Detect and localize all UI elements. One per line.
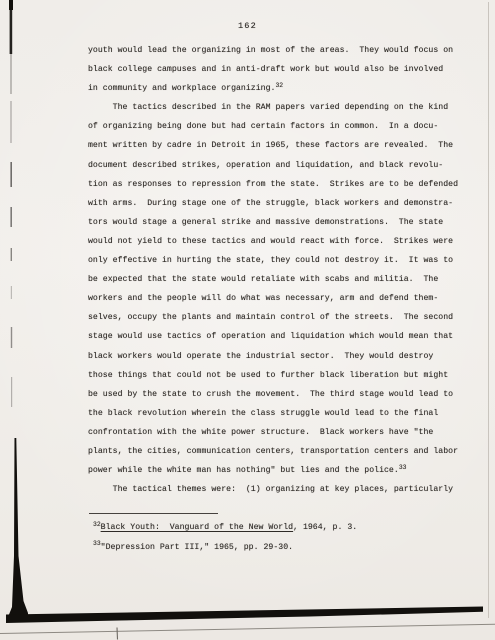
footnote-marker: 33 bbox=[399, 464, 407, 471]
text-line: plants, the cities, communication center… bbox=[88, 442, 483, 461]
text-line: tion as responses to repression from the… bbox=[88, 175, 483, 194]
text-line: document described strikes, operation an… bbox=[88, 156, 483, 175]
scan-artifact-left-streak bbox=[9, 0, 13, 407]
footnote-item: 33"Depression Part III," 1965, pp. 29-30… bbox=[93, 538, 473, 558]
text-line: the black revolution wherein the class s… bbox=[88, 404, 483, 423]
text-segment: confrontation with the white power struc… bbox=[88, 428, 433, 437]
text-segment: selves, occupy the plants and maintain c… bbox=[88, 313, 453, 322]
scan-artifact-bottom-bar bbox=[6, 607, 483, 624]
text-segment: tors would stage a general strike and ma… bbox=[88, 218, 443, 227]
text-line: of organizing being done but had certain… bbox=[88, 117, 483, 136]
footnote-separator bbox=[89, 513, 218, 514]
text-segment: the black revolution wherein the class s… bbox=[88, 409, 438, 418]
text-line: only effective in hurting the state, the… bbox=[88, 251, 483, 270]
text-segment: would not yield to these tactics and wou… bbox=[88, 237, 453, 246]
text-line: those things that could not be used to f… bbox=[88, 366, 483, 385]
text-segment: only effective in hurting the state, the… bbox=[88, 256, 453, 265]
text-segment: be used by the state to crush the moveme… bbox=[88, 390, 453, 399]
text-segment: plants, the cities, communication center… bbox=[88, 447, 458, 456]
text-segment: those things that could not be used to f… bbox=[88, 371, 448, 380]
text-line: power while the white man has nothing" b… bbox=[88, 461, 483, 480]
scan-artifact-bottom-line bbox=[0, 624, 495, 633]
footnote-marker: 32 bbox=[275, 82, 283, 89]
text-line: be expected that the state would retalia… bbox=[88, 270, 483, 289]
footnotes: 32Black Youth: Vanguard of the New World… bbox=[93, 518, 473, 557]
footnote-marker: 32 bbox=[93, 521, 101, 528]
text-segment: black college campuses and in anti-draft… bbox=[88, 65, 443, 74]
text-segment: of organizing being done but had certain… bbox=[88, 122, 438, 131]
text-line: stage would use tactics of operation and… bbox=[88, 327, 483, 346]
text-line: black workers would operate the industri… bbox=[88, 347, 483, 366]
text-segment: "Depression Part III," 1965, pp. 29-30. bbox=[101, 543, 293, 552]
text-line: The tactics described in the RAM papers … bbox=[88, 98, 483, 117]
text-segment: , 1964, p. 3. bbox=[293, 523, 357, 532]
text-segment: document described strikes, operation an… bbox=[88, 161, 443, 170]
text-segment: power while the white man has nothing" b… bbox=[88, 466, 399, 475]
body-text: youth would lead the organizing in most … bbox=[88, 41, 483, 499]
text-line: tors would stage a general strike and ma… bbox=[88, 213, 483, 232]
text-segment: stage would use tactics of operation and… bbox=[88, 332, 453, 341]
text-line: The tactical themes were: (1) organizing… bbox=[88, 480, 483, 499]
footnote-item: 32Black Youth: Vanguard of the New World… bbox=[93, 518, 473, 538]
text-segment: be expected that the state would retalia… bbox=[88, 275, 438, 284]
text-segment: black workers would operate the industri… bbox=[88, 352, 433, 361]
text-segment: tion as responses to repression from the… bbox=[88, 180, 458, 189]
scanned-document-page: 162 youth would lead the organizing in m… bbox=[0, 0, 495, 640]
text-segment: The tactical themes were: (1) organizing… bbox=[88, 485, 453, 494]
text-line: youth would lead the organizing in most … bbox=[88, 41, 483, 60]
text-line: in community and workplace organizing.32 bbox=[88, 79, 483, 98]
text-segment: The tactics described in the RAM papers … bbox=[88, 103, 448, 112]
footnote-marker: 33 bbox=[93, 540, 101, 547]
underlined-title: Black Youth: Vanguard of the New World bbox=[101, 523, 293, 532]
text-segment: workers and the people will do what was … bbox=[88, 294, 438, 303]
text-line: with arms. During stage one of the strug… bbox=[88, 194, 483, 213]
text-segment: ment written by cadre in Detroit in 1965… bbox=[88, 141, 453, 150]
text-line: would not yield to these tactics and wou… bbox=[88, 232, 483, 251]
scan-artifact-corner-wedge bbox=[6, 438, 28, 622]
text-line: confrontation with the white power struc… bbox=[88, 423, 483, 442]
page-number: 162 bbox=[0, 21, 495, 31]
text-line: selves, occupy the plants and maintain c… bbox=[88, 308, 483, 327]
text-line: black college campuses and in anti-draft… bbox=[88, 60, 483, 79]
text-line: be used by the state to crush the moveme… bbox=[88, 385, 483, 404]
text-line: ment written by cadre in Detroit in 1965… bbox=[88, 136, 483, 155]
text-segment: youth would lead the organizing in most … bbox=[88, 46, 453, 55]
text-segment: in community and workplace organizing. bbox=[88, 84, 275, 93]
text-line: workers and the people will do what was … bbox=[88, 289, 483, 308]
scan-artifact-tick bbox=[117, 628, 118, 640]
text-segment: with arms. During stage one of the strug… bbox=[88, 199, 453, 208]
